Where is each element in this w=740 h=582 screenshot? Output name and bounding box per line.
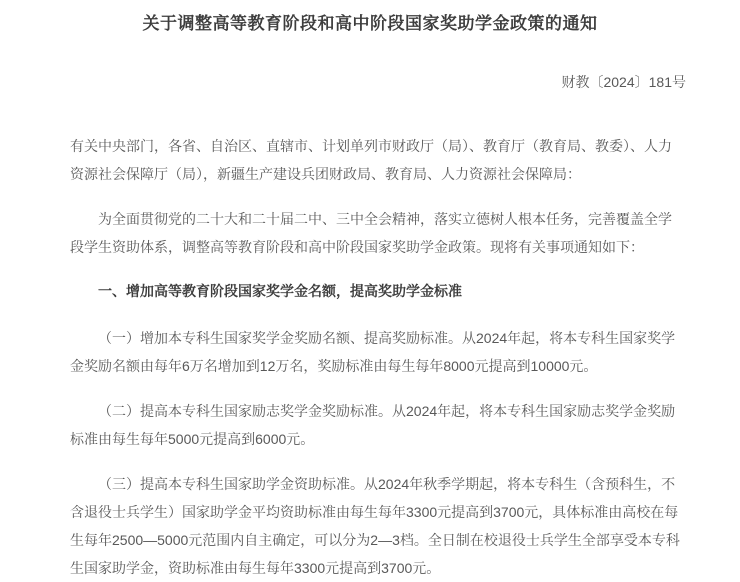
section-1-heading: 一、增加高等教育阶段国家奖学金名额，提高奖助学金标准 — [70, 277, 684, 305]
notice-document-page: 关于调整高等教育阶段和高中阶段国家奖助学金政策的通知 财教〔2024〕181号 … — [0, 0, 740, 582]
document-number: 财教〔2024〕181号 — [0, 72, 740, 92]
section-1-item-1: （一）增加本专科生国家奖学金奖励名额、提高奖励标准。从2024年起，将本专科生国… — [70, 324, 684, 380]
section-1-item-2: （二）提高本专科生国家励志奖学金奖励标准。从2024年起，将本专科生国家励志奖学… — [70, 397, 684, 453]
section-1-item-3: （三）提高本专科生国家助学金资助标准。从2024年秋季学期起，将本专科生（含预科… — [70, 470, 684, 582]
addressees-paragraph: 有关中央部门，各省、自治区、直辖市、计划单列市财政厅（局）、教育厅（教育局、教委… — [70, 132, 684, 188]
document-title: 关于调整高等教育阶段和高中阶段国家奖助学金政策的通知 — [0, 12, 740, 36]
intro-paragraph: 为全面贯彻党的二十大和二十届二中、三中全会精神，落实立德树人根本任务，完善覆盖全… — [70, 205, 684, 261]
